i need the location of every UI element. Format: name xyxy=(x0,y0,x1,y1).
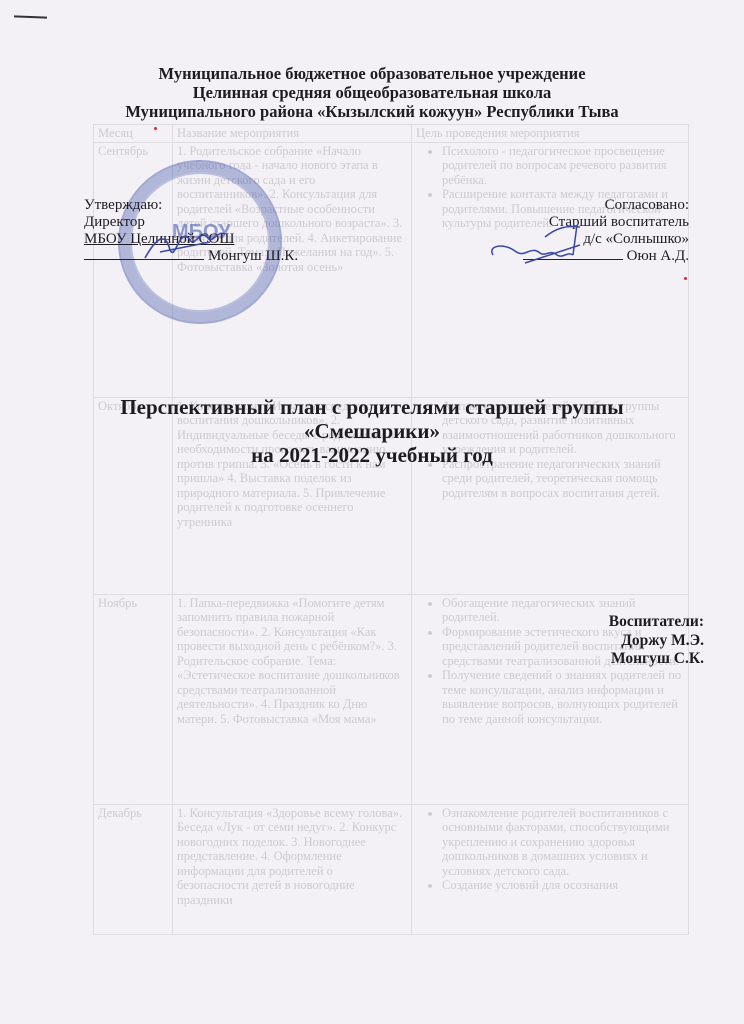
educator-name: Монгуш С.К. xyxy=(609,650,704,669)
table-row: Ноябрь 1. Папка-передвижка «Помогите дет… xyxy=(94,594,689,804)
signature-icon xyxy=(485,215,595,275)
institution-header: Муниципальное бюджетное образовательное … xyxy=(0,64,744,121)
approval-signatory: Оюн А.Д. xyxy=(627,248,689,264)
header-line: Муниципального района «Кызылский кожуун»… xyxy=(0,102,744,121)
table-header-row: Месяц Название мероприятия Цель проведен… xyxy=(94,125,689,143)
educator-name: Доржу М.Э. xyxy=(609,632,704,651)
signature-icon xyxy=(140,220,230,265)
header-line: Целинная средняя общеобразовательная шко… xyxy=(0,83,744,102)
title-line: на 2021-2022 учебный год xyxy=(0,443,744,467)
title-line: Перспективный план с родителями старшей … xyxy=(0,395,744,419)
table-row: Декабрь 1. Консультация «Здоровье всему … xyxy=(94,804,689,934)
title-line: «Смешарики» xyxy=(0,419,744,443)
approval-label: Утверждаю: xyxy=(84,197,298,214)
document-title: Перспективный план с родителями старшей … xyxy=(0,395,744,467)
educators-block: Воспитатели: Доржу М.Э. Монгуш С.К. xyxy=(609,613,704,669)
approval-label: Согласовано: xyxy=(523,197,689,214)
educators-label: Воспитатели: xyxy=(609,613,704,632)
header-line: Муниципальное бюджетное образовательное … xyxy=(0,64,744,83)
scan-artifact-line xyxy=(14,15,47,18)
